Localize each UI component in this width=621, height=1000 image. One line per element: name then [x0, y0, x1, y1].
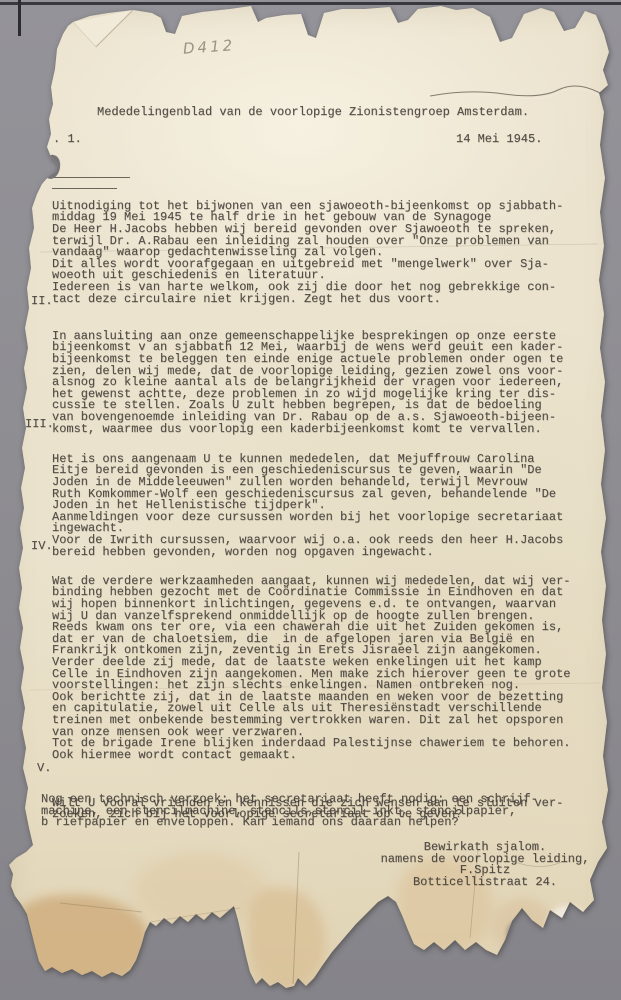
page-title: Mededelingenblad van de voorlopige Zioni…: [97, 107, 529, 119]
stain-bottom-left-dark: [10, 895, 150, 985]
stain-fold-corner: [70, 8, 136, 50]
scan-background: D412 Mededelingenblad van de voorlopige …: [0, 0, 621, 1000]
technical-request: Nog een technisch verzoek: het secretari…: [41, 794, 538, 829]
issue-number: . 1.: [53, 134, 82, 146]
paragraph-1-text: Uitnodiging tot het bijwonen van een sja…: [52, 201, 563, 305]
paper-shadow: D412 Mededelingenblad van de voorlopige …: [0, 0, 621, 1000]
stain-bottom-left-light: [135, 852, 265, 927]
stain-bottom-far-right: [492, 898, 554, 956]
underline-middag-19: [52, 188, 117, 189]
paragraph-4-text: Wat de verdere werkzaamheden aangaat, ku…: [52, 576, 570, 762]
paragraph-2-numeral: II.: [31, 296, 53, 308]
underline-uitnodiging: [54, 177, 130, 178]
document-date: 14 Mei 1945.: [456, 134, 542, 146]
document-paper: D412 Mededelingenblad van de voorlopige …: [0, 0, 621, 1000]
stain-gray-blob: [507, 921, 535, 948]
stain-light-patch: [547, 906, 593, 960]
paragraph-5-numeral: V.: [37, 763, 51, 775]
signoff-block: Bewirkath sjalom. namens de voorlopige l…: [375, 842, 595, 888]
pencil-annotation: D412: [182, 36, 235, 58]
paragraph-3-numeral: III.: [25, 419, 54, 431]
paragraph-4: IV. Wat de verdere werkzaamheden aangaat…: [52, 541, 570, 784]
signoff-address: Botticellistraat 24.: [375, 877, 595, 889]
stain-bottom-center: [248, 888, 326, 988]
paragraph-4-numeral: IV.: [31, 541, 53, 553]
